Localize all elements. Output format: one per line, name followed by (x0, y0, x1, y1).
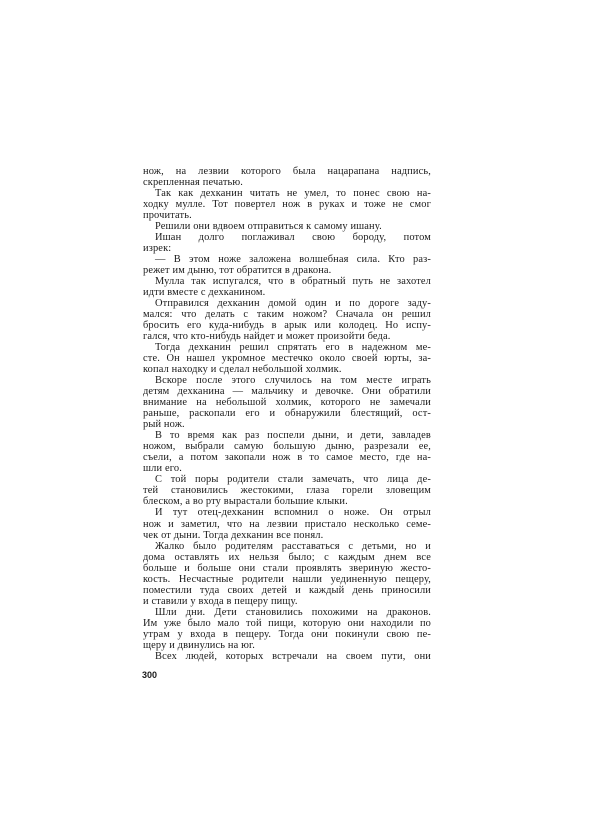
text-line: — В этом ноже заложена волшебная сила. К… (143, 254, 431, 265)
text-line: сте. Он нашел укромное местечко около св… (143, 353, 431, 364)
book-page: нож, на лезвии которого была нацарапана … (0, 0, 595, 818)
text-line: щеру и двинулись на юг. (143, 640, 431, 651)
text-line: Мулла так испугался, что в обратный путь… (143, 276, 431, 287)
text-line: и ставили у входа в пещеру пищу. (143, 596, 431, 607)
text-line: гался, что кто-нибудь найдет и может про… (143, 331, 431, 342)
text-line: ножом, выбрали самую большую дыню, разре… (143, 441, 431, 452)
page-number: 300 (142, 670, 157, 680)
text-line: чек от дыни. Тогда дехканин все понял. (143, 530, 431, 541)
text-line: дома оставлять их нельзя было; с каждым … (143, 552, 431, 563)
text-line: утрам у входа в пещеру. Тогда они покину… (143, 629, 431, 640)
text-line: блеском, а во рту вырастали большие клык… (143, 496, 431, 507)
text-line: мался: что делать с таким ножом? Сначала… (143, 309, 431, 320)
text-line: нож и заметил, что на лезвии пристало не… (143, 519, 431, 530)
text-line: тей становились жестокими, глаза горели … (143, 485, 431, 496)
text-line: прочитать. (143, 210, 431, 221)
text-line: Вскоре после этого случилось на том мест… (143, 375, 431, 386)
text-line: В то время как раз поспели дыни, и дети,… (143, 430, 431, 441)
text-line: Решили они вдвоем отправиться к самому и… (143, 221, 431, 232)
text-line: Шли дни. Дети становились похожими на др… (143, 607, 431, 618)
body-text: нож, на лезвии которого была нацарапана … (143, 166, 431, 662)
text-line: рый нож. (143, 419, 431, 430)
text-line: И тут отец-дехканин вспомнил о ноже. Он … (143, 507, 431, 518)
text-line: копал находку и сделал небольшой холмик. (143, 364, 431, 375)
text-line: Ишан долго поглаживал свою бороду, потом (143, 232, 431, 243)
text-line: больше и больше они стали проявлять звер… (143, 563, 431, 574)
text-line: детям дехканина — мальчику и девочке. Он… (143, 386, 431, 397)
text-line: Всех людей, которых встречали на своем п… (143, 651, 431, 662)
text-line: Тогда дехканин решил спрятать его в наде… (143, 342, 431, 353)
text-line: бросить его куда-нибудь в арык или колод… (143, 320, 431, 331)
text-line: съели, а потом закопали нож в то самое м… (143, 452, 431, 463)
text-line: раньше, раскопали его и обнаружили блест… (143, 408, 431, 419)
text-line: идти вместе с дехканином. (143, 287, 431, 298)
text-line: скрепленная печатью. (143, 177, 431, 188)
text-line: шли его. (143, 463, 431, 474)
text-line: Так как дехканин читать не умел, то поне… (143, 188, 431, 199)
text-line: кость. Несчастные родители нашли уединен… (143, 574, 431, 585)
text-line: Отправился дехканин домой один и по доро… (143, 298, 431, 309)
text-line: Жалко было родителям расставаться с деть… (143, 541, 431, 552)
text-line: нож, на лезвии которого была нацарапана … (143, 166, 431, 177)
text-line: режет им дыню, тот обратится в дракона. (143, 265, 431, 276)
text-line: изрек: (143, 243, 431, 254)
text-line: внимание на небольшой холмик, которого н… (143, 397, 431, 408)
text-line: Им уже было мало той пищи, которую они н… (143, 618, 431, 629)
text-line: поместили туда своих детей и каждый день… (143, 585, 431, 596)
text-line: С той поры родители стали замечать, что … (143, 474, 431, 485)
text-line: ходку мулле. Тот повертел нож в руках и … (143, 199, 431, 210)
